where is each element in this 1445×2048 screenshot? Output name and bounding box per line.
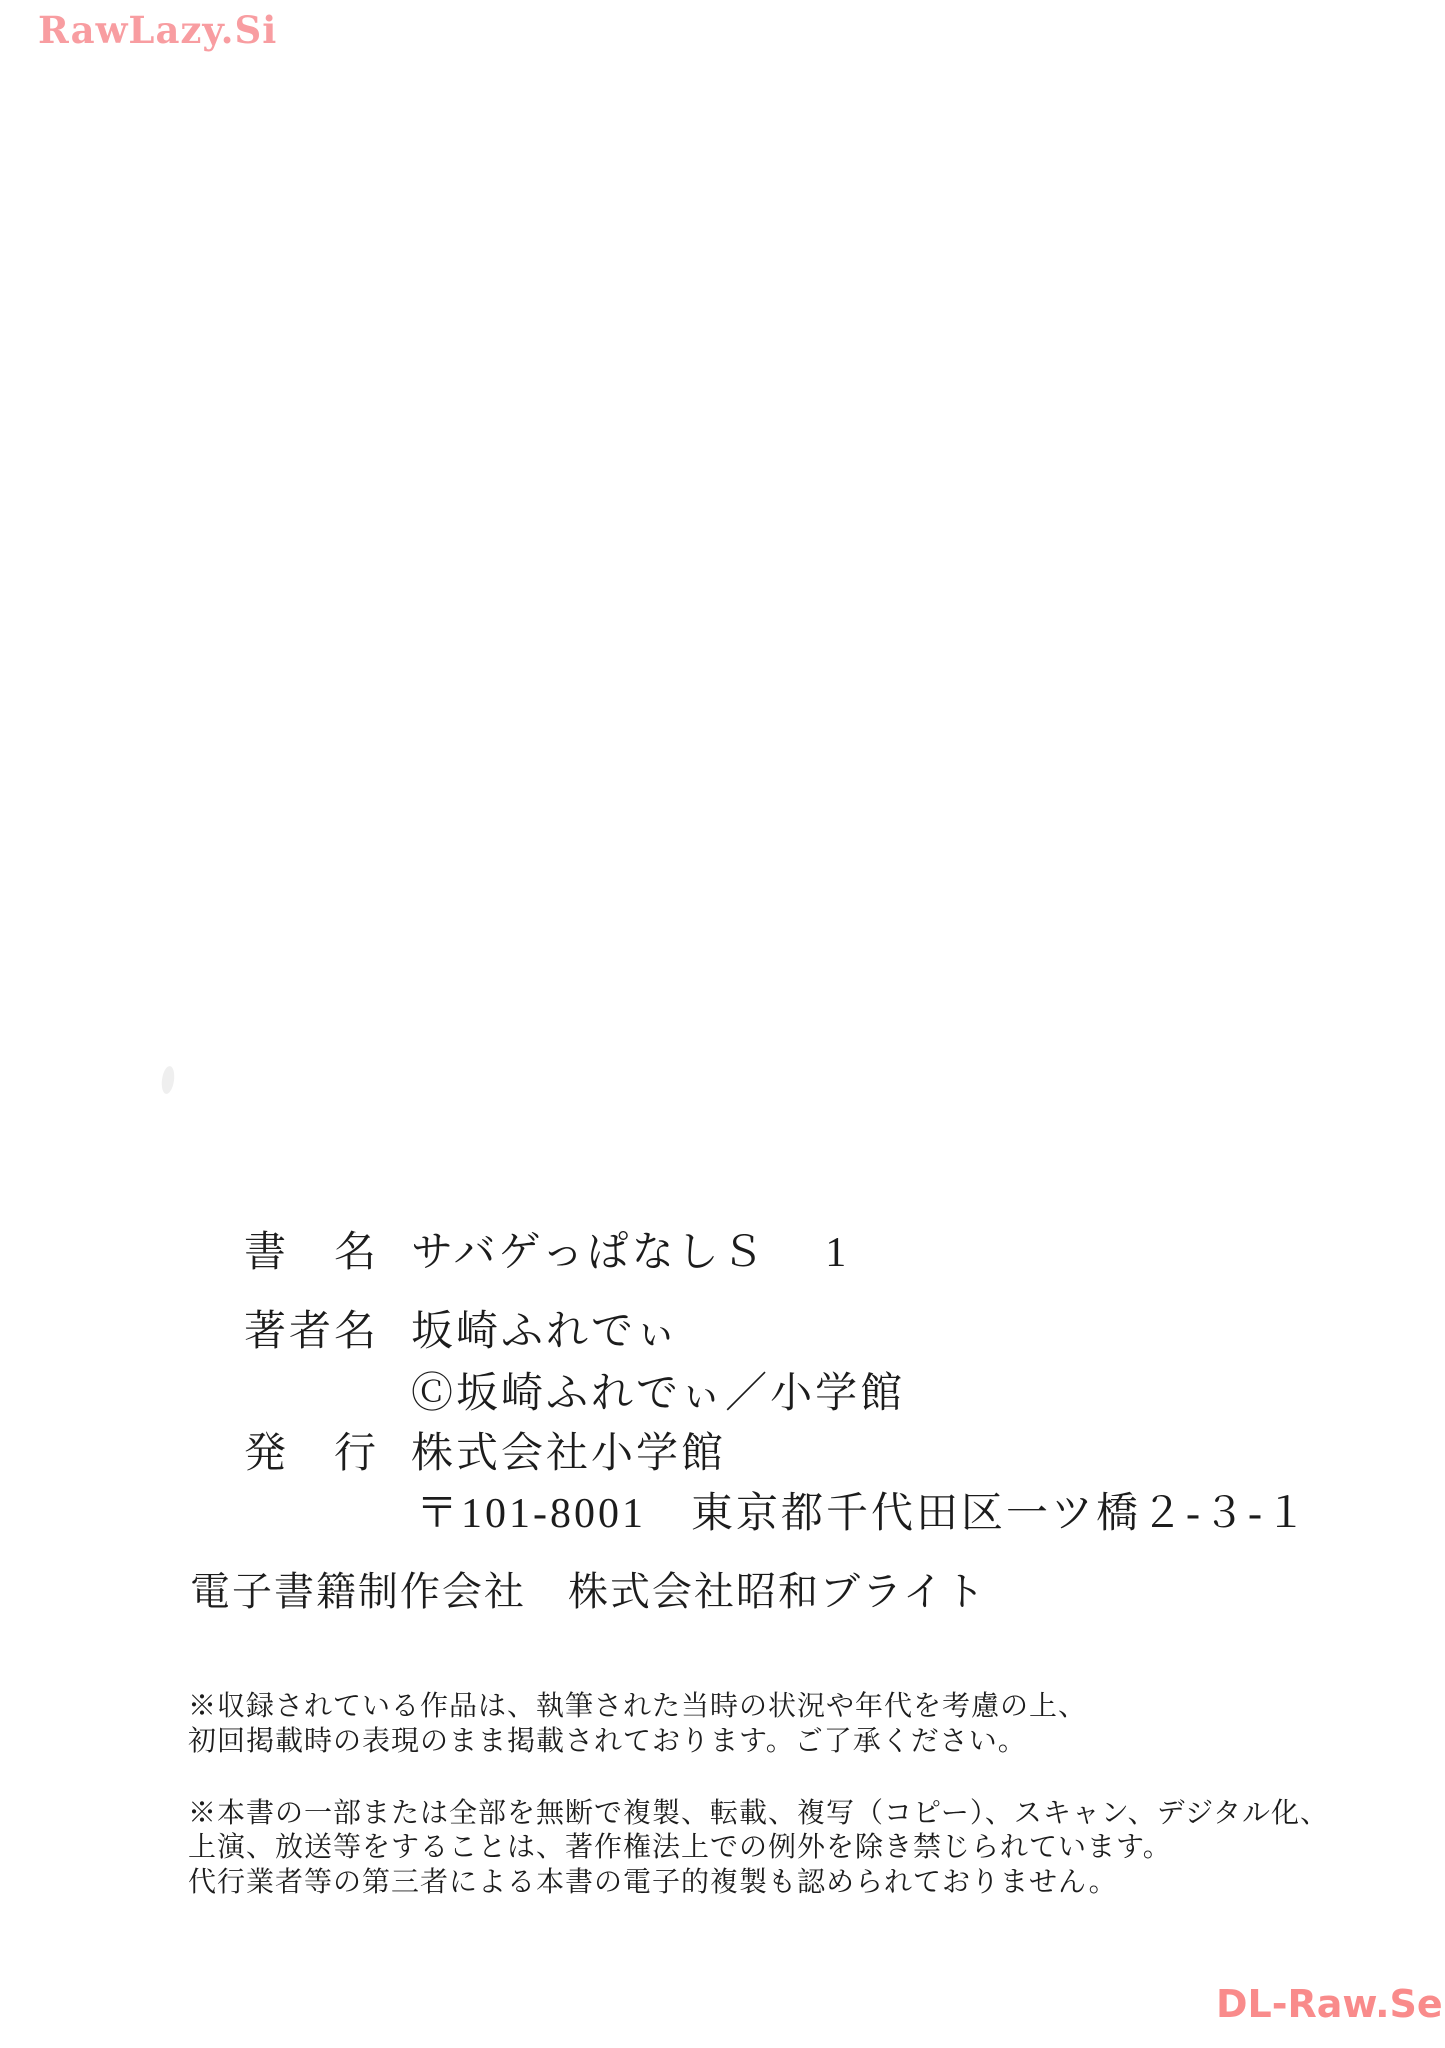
note1-line2: 初回掲載時の表現のまま掲載されております。ご了承ください。 bbox=[188, 1728, 1027, 1756]
ebook-producer-line: 電子書籍制作会社 株式会社昭和ブライト bbox=[190, 1572, 987, 1612]
colophon-page: RawLazy.Si 書 名サバゲっぱなしＳ 1 著者名坂崎ふれでぃ Ⓒ坂崎ふれ… bbox=[0, 0, 1445, 2048]
note2-line3: 代行業者等の第三者による本書の電子的複製も認められておりません。 bbox=[188, 1869, 1118, 1897]
publisher-address-row: 〒101‐8001 東京都千代田区一ツ橋２‐３‐１ bbox=[190, 1451, 1310, 1577]
watermark-dl-raw-se: DL-Raw.Se bbox=[1216, 1982, 1443, 2026]
book-title-label: 書 名 bbox=[244, 1232, 411, 1274]
watermark-rawlazy-si: RawLazy.Si bbox=[38, 8, 277, 52]
scan-artifact bbox=[160, 1065, 176, 1094]
note2-line2: 上演、放送等をすることは、著作権法上での例外を除き禁じられています。 bbox=[188, 1834, 1172, 1862]
note1-line1: ※収録されている作品は、執筆された当時の状況や年代を考慮の上、 bbox=[188, 1693, 1087, 1721]
publisher-address-value: 〒101‐8001 東京都千代田区一ツ橋２‐３‐１ bbox=[416, 1491, 1310, 1537]
note2-line1: ※本書の一部または全部を無断で複製、転載、複写（コピー）、スキャン、デジタル化、 bbox=[188, 1800, 1329, 1828]
